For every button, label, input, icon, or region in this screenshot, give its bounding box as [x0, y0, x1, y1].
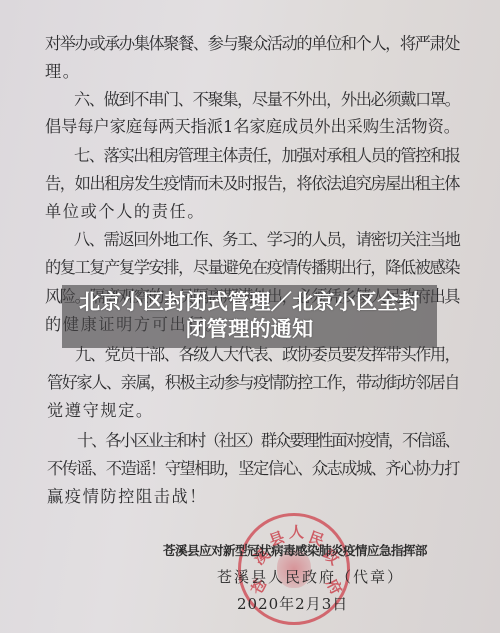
signature-date: 2020年2月3日 [237, 593, 348, 614]
document-text-line: 九、党员干部、各级人大代表、政协委员要发挥带头作用， [75, 345, 459, 365]
title-overlay-banner: 北京小区封闭式管理／北京小区全封 闭管理的通知 [62, 285, 437, 348]
document-text-line: 的复工复产复学安排，尽量避免在疫情传播期出行，降低被感染 [45, 258, 459, 278]
document-text-line: 六、做到不串门、不聚集，尽量不外出，外出必须戴口罩。 [74, 90, 460, 110]
document-text-line: 告，如出租房发生疫情而未及时报告，将依法追究房屋出租主体 [45, 174, 459, 194]
overlay-title-line2: 闭管理的通知 [62, 316, 437, 343]
document-text-line: 倡导每户家庭每两天指派1名家庭成员外出采购生活物资。 [45, 117, 460, 137]
document-text-line: 赢疫情防控阻击战！ [47, 487, 207, 507]
document-text-line: 管好家人、亲属，积极主动参与疫情防控工作，带动街坊邻居自 [47, 373, 459, 393]
signature-agent: 苍溪县人民政府（代章） [217, 566, 404, 587]
document-text-line: 理。 [45, 62, 81, 82]
document-text-line: 八、需返回外地工作、务工、学习的人员，请密切关注当地 [74, 230, 460, 250]
seal-char: 人 [289, 521, 304, 542]
signature-issuer: 苍溪县应对新型冠状病毒感染肺炎疫情应急指挥部 [163, 540, 427, 559]
document-text-line: 对举办或承办集体聚餐、参与聚众活动的单位和个人，将严肃处 [45, 34, 459, 54]
document-page: 对举办或承办集体聚餐、参与聚众活动的单位和个人，将严肃处理。六、做到不串门、不聚… [0, 0, 500, 633]
document-text-line: 单位或个人的责任。 [45, 202, 205, 222]
document-text-line: 七、落实出租房管理主体责任，加强对承租人员的管控和报 [74, 146, 460, 166]
document-text-line: 觉遵守规定。 [47, 401, 154, 421]
document-text-line: 不传谣、不造谣！守望相助，坚定信心、众志成城、齐心协力打 [47, 459, 459, 479]
overlay-title-line1: 北京小区封闭式管理／北京小区全封 [62, 285, 437, 316]
document-text-line: 十、各小区业主和村（社区）群众要理性面对疫情，不信谣、 [77, 431, 459, 451]
